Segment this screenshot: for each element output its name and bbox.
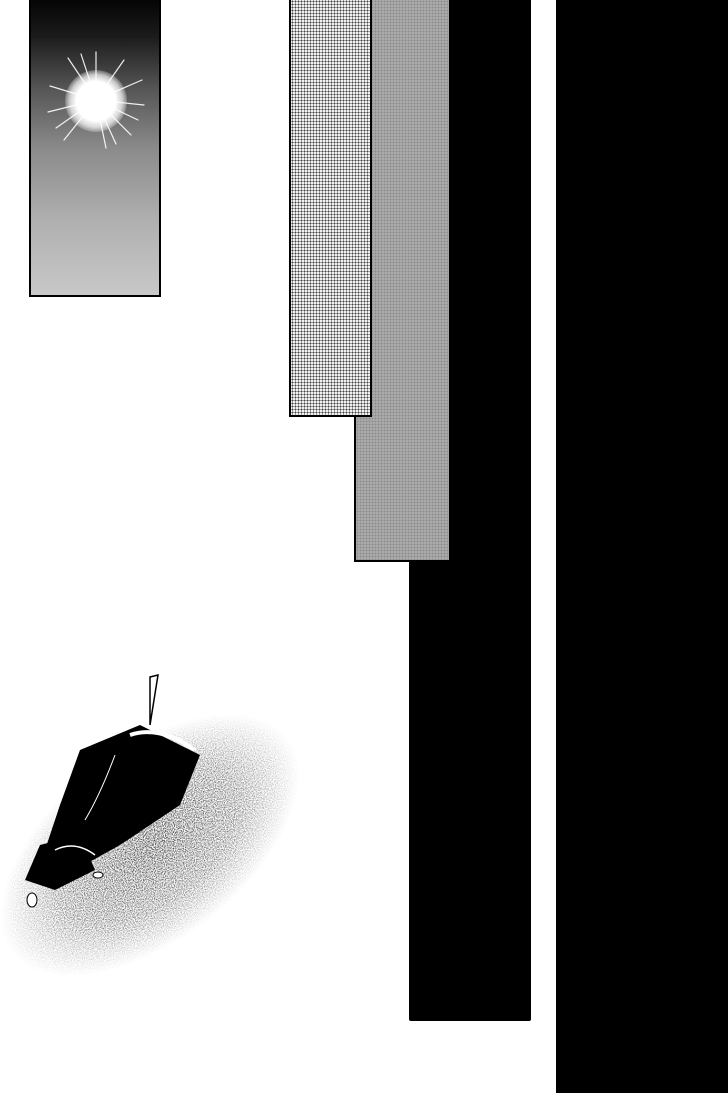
light-screentone-panel [289, 0, 372, 417]
sun-panel [29, 0, 161, 297]
figure-scene [0, 655, 320, 1025]
black-right-panel [556, 0, 728, 1093]
sun-icon [65, 70, 127, 132]
